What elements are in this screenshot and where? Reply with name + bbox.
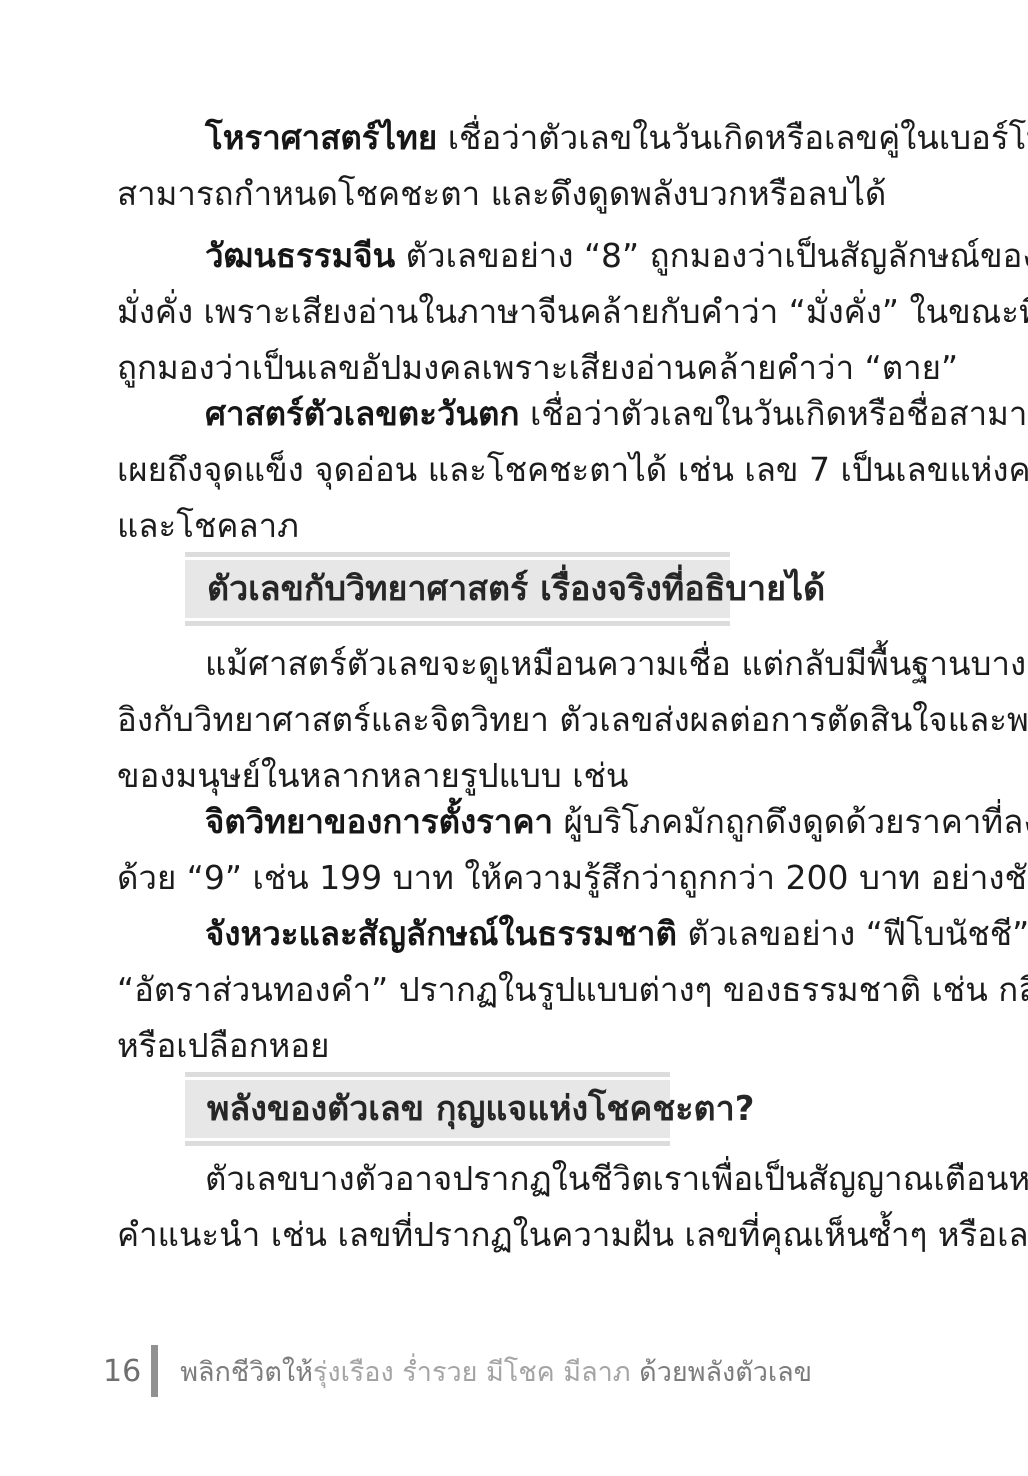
paragraph-lead: วัฒนธรรมจีน: [205, 236, 395, 275]
text-line: จิตวิทยาของการตั้งราคา ผู้บริโภคมักถูกดึ…: [117, 794, 919, 850]
text-line: วัฒนธรรมจีน ตัวเลขอย่าง “8” ถูกมองว่าเป็…: [117, 228, 919, 284]
paragraph-chinese-culture: วัฒนธรรมจีน ตัวเลขอย่าง “8” ถูกมองว่าเป็…: [117, 228, 919, 396]
paragraph-lead: โหราศาสตร์ไทย: [205, 118, 437, 157]
section-header-science: ตัวเลขกับวิทยาศาสตร์ เรื่องจริงที่อธิบาย…: [185, 552, 730, 626]
paragraph-lead: จังหวะและสัญลักษณ์ในธรรมชาติ: [205, 914, 677, 953]
book-title-segment: พลิกชีวิตให้: [180, 1357, 313, 1388]
paragraph-text: ผู้บริโภคมักถูกดึงดูดด้วยราคาที่ลงท้าย: [553, 802, 1028, 841]
paragraph-text: เชื่อว่าตัวเลขในวันเกิดหรือเลขคู่ในเบอร์…: [437, 118, 1028, 157]
text-line: โหราศาสตร์ไทย เชื่อว่าตัวเลขในวันเกิดหรื…: [117, 110, 919, 166]
text-line: ศาสตร์ตัวเลขตะวันตก เชื่อว่าตัวเลขในวันเ…: [117, 386, 919, 442]
paragraph-text: เชื่อว่าตัวเลขในวันเกิดหรือชื่อสามารถ: [519, 394, 1028, 433]
section-header-power-of-numbers: พลังของตัวเลข กุญแจแห่งโชคชะตา?: [185, 1072, 670, 1146]
text-line: ตัวเลขบางตัวอาจปรากฏในชีวิตเราเพื่อเป็นส…: [117, 1151, 919, 1207]
book-title-segment: ด้วยพลังตัวเลข: [639, 1357, 812, 1388]
text-line: ด้วย “9” เช่น 199 บาท ให้ความรู้สึกว่าถู…: [117, 850, 919, 906]
book-title: พลิกชีวิตให้รุ่งเรือง ร่ำรวย มีโชค มีลาภ…: [180, 1350, 812, 1393]
paragraph-text: ตัวเลขอย่าง “8” ถูกมองว่าเป็นสัญลักษณ์ขอ…: [395, 236, 1028, 275]
text-line: สามารถกำหนดโชคชะตา และดึงดูดพลังบวกหรือล…: [117, 166, 919, 222]
text-line: เผยถึงจุดแข็ง จุดอ่อน และโชคชะตาได้ เช่น…: [117, 442, 919, 498]
text-line: อิงกับวิทยาศาสตร์และจิตวิทยา ตัวเลขส่งผล…: [117, 692, 919, 748]
paragraph-number-signs: ตัวเลขบางตัวอาจปรากฏในชีวิตเราเพื่อเป็นส…: [117, 1151, 919, 1263]
book-title-segment: รุ่งเรือง ร่ำรวย มีโชค มีลาภ: [313, 1357, 639, 1388]
paragraph-lead: ศาสตร์ตัวเลขตะวันตก: [205, 394, 519, 433]
book-page: โหราศาสตร์ไทย เชื่อว่าตัวเลขในวันเกิดหรื…: [0, 0, 1028, 1476]
paragraph-thai-astrology: โหราศาสตร์ไทย เชื่อว่าตัวเลขในวันเกิดหรื…: [117, 110, 919, 222]
text-line: แม้ศาสตร์ตัวเลขจะดูเหมือนความเชื่อ แต่กล…: [117, 636, 919, 692]
section-header-title: พลังของตัวเลข กุญแจแห่งโชคชะตา?: [185, 1080, 670, 1138]
paragraph-lead: จิตวิทยาของการตั้งราคา: [205, 802, 553, 841]
paragraph-text: ตัวเลขอย่าง “ฟีโบนัชชี” หรือ: [677, 914, 1028, 953]
page-footer: 16 พลิกชีวิตให้รุ่งเรือง ร่ำรวย มีโชค มี…: [103, 1343, 812, 1399]
page-number: 16: [103, 1354, 141, 1389]
section-header-title: ตัวเลขกับวิทยาศาสตร์ เรื่องจริงที่อธิบาย…: [185, 560, 730, 618]
paragraph-nature-patterns: จังหวะและสัญลักษณ์ในธรรมชาติ ตัวเลขอย่าง…: [117, 906, 919, 1074]
text-line: มั่งคั่ง เพราะเสียงอ่านในภาษาจีนคล้ายกับ…: [117, 284, 919, 340]
header-bottom-stripe: [185, 1141, 670, 1146]
footer-divider-bar: [151, 1345, 158, 1397]
paragraph-western-numerology: ศาสตร์ตัวเลขตะวันตก เชื่อว่าตัวเลขในวันเ…: [117, 386, 919, 554]
text-line: และโชคลาภ: [117, 498, 919, 554]
text-line: “อัตราส่วนทองคำ” ปรากฏในรูปแบบต่างๆ ของธ…: [117, 962, 919, 1018]
paragraph-science-intro: แม้ศาสตร์ตัวเลขจะดูเหมือนความเชื่อ แต่กล…: [117, 636, 919, 804]
text-line: คำแนะนำ เช่น เลขที่ปรากฏในความฝัน เลขที่…: [117, 1207, 919, 1263]
paragraph-pricing-psychology: จิตวิทยาของการตั้งราคา ผู้บริโภคมักถูกดึ…: [117, 794, 919, 906]
text-line: หรือเปลือกหอย: [117, 1018, 919, 1074]
header-bottom-stripe: [185, 621, 730, 626]
text-line: จังหวะและสัญลักษณ์ในธรรมชาติ ตัวเลขอย่าง…: [117, 906, 919, 962]
